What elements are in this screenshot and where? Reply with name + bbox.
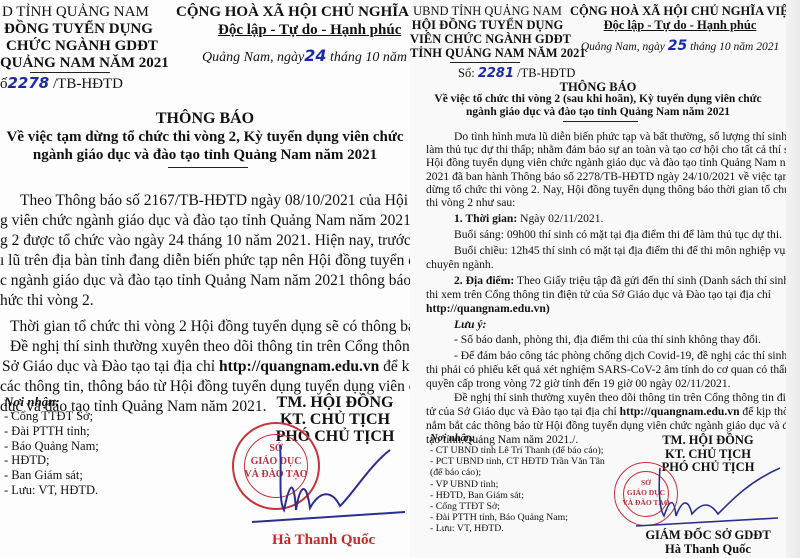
closing-line: nắm bắt các thông báo từ Hội đồng tuyển …: [426, 419, 799, 432]
recipient-item: - CT UBND tỉnh Lê Trí Thanh (để báo cáo)…: [430, 445, 605, 456]
recipient-item: - Cổng TTĐT Sở;: [430, 501, 605, 512]
place-value: Theo Giấy triệu tập đã gửi đến thí sinh …: [514, 274, 800, 287]
date-suffix: tháng 10 năm 2: [330, 50, 410, 65]
signer-name: Hà Thanh Quốc: [638, 542, 778, 557]
org-underline: [450, 62, 520, 63]
text: tử của Sở Giáo dục và Đào tạo tại địa ch…: [426, 405, 620, 418]
afternoon-schedule: Buổi chiều: 12h45 thí sinh có mặt tại đị…: [454, 244, 785, 257]
org-line-1: UBND TỈNH QUẢNG NAM: [410, 4, 565, 19]
org-line-2: HỘI ĐỒNG TUYỂN DỤNG: [410, 18, 565, 33]
place-line-2: thi xem trên Cổng thông tin điện tử của …: [426, 288, 771, 301]
recipient-item: - Lưu: VT, HĐTD.: [4, 483, 99, 498]
handwritten-number: 2281: [478, 66, 514, 81]
number-prefix: ố: [0, 76, 8, 92]
notice-2281-document: UBND TỈNH QUẢNG NAM HỘI ĐỒNG TUYỂN DỤNG …: [410, 0, 800, 558]
text: Sở Giáo dục và Đào tạo tại địa chỉ: [2, 358, 219, 375]
signer-title: GIÁM ĐỐC SỞ GDĐT: [638, 528, 778, 543]
note-item-cont: quyền cấp trong vòng 72 giờ tính đến 19 …: [426, 377, 731, 390]
org-line-3: VIÊN CHỨC NGÀNH GDĐT: [410, 32, 565, 47]
recipient-item: - Đài PTTH tỉnh;: [4, 424, 99, 439]
place-url-link[interactable]: http://quangnam.edu.vn): [426, 302, 550, 315]
body2-line: Đề nghị thí sinh thường xuyên theo dõi t…: [10, 338, 410, 356]
date-prefix: Quảng Nam, ngày: [202, 50, 304, 65]
morning-schedule: Buổi sáng: 09h00 thí sinh có mặt tại địa…: [454, 228, 782, 241]
intro-line: Hội đồng tuyển dụng viên chức ngành giáo…: [426, 156, 800, 169]
intro-line: thi vòng 2 như sau:: [426, 196, 800, 209]
closing-line: tử của Sở Giáo dục và Đào tạo tại địa ch…: [426, 405, 792, 418]
date-suffix: tháng 10 năm 2021: [690, 41, 779, 53]
issue-date: Quảng Nam, ngày 25 tháng 10 năm 2021: [570, 38, 790, 54]
title-underline: [563, 121, 638, 122]
time-label: 1. Thời gian:: [454, 212, 517, 225]
recipient-item: - Đài PTTH tỉnh, Báo Quảng Nam;: [430, 512, 605, 523]
nation-title: CỘNG HOÀ XÃ HỘI CHỦ NGHĨA VIỆT NAM: [570, 4, 790, 19]
notice-subtitle-2: ngành giáo dục và đào tạo tỉnh Quảng Nam…: [410, 106, 786, 118]
recipient-item: (để báo cáo);: [430, 467, 605, 478]
recipient-item: - Cổng TTĐT Sở;: [4, 409, 99, 424]
intro-paragraph: Do tình hình mưa lũ diễn biến phức tạp v…: [426, 130, 800, 209]
note-item-cont: thi phải có phiếu kết quả xét nghiệm SAR…: [426, 363, 793, 376]
intro-line: làm thủ tục dự thi thấp; nhằm đảm bảo sự…: [426, 143, 800, 156]
recipient-item: - Lưu: VT, HĐTD.: [430, 523, 605, 534]
note-item: - Số báo danh, phòng thi, địa điểm thi c…: [454, 333, 761, 346]
recipient-item: - Báo Quảng Nam;: [4, 439, 99, 454]
body2-line: Sở Giáo dục và Đào tạo tại địa chỉ http:…: [2, 358, 410, 376]
org-line-1: D TỈNH QUẢNG NAM: [2, 4, 149, 21]
recipient-item: - VP UBND tỉnh;: [430, 479, 605, 490]
handwritten-number: 2278: [8, 74, 50, 92]
text: để kịp thời: [740, 405, 793, 418]
text: để kịp th: [379, 358, 410, 375]
intro-line: Do tình hình mưa lũ diễn biến phức tạp v…: [426, 130, 800, 143]
note-item: - Để đảm bảo công tác phòng chống dịch C…: [454, 349, 800, 362]
notice-subtitle-1: Về việc tổ chức thi vòng 2 (sau khi hoãn…: [410, 93, 786, 105]
document-number: Số: 2281 /TB-HĐTD: [458, 66, 575, 81]
handwritten-day: 24: [304, 46, 326, 65]
body-line: ı lũ trên địa bàn tỉnh đang diễn biến ph…: [0, 252, 410, 270]
signer-name: Hà Thanh Quốc: [272, 532, 375, 549]
website-link[interactable]: http://quangnam.edu.vn: [219, 358, 379, 375]
recipients-label: Nơi nhận:: [4, 394, 60, 410]
recipient-item: - PCT UBND tỉnh, CT HĐTD Trần Văn Tân: [430, 456, 605, 467]
note-label: Lưu ý:: [454, 318, 486, 331]
sign-line: TM. HỘI ĐỒNG: [638, 434, 778, 448]
intro-line: 2021 đã ban hành Thông báo số 2278/TB-HĐ…: [426, 170, 800, 183]
body2-line: Thời gian tổ chức thi vòng 2 Hội đồng tu…: [10, 318, 410, 336]
body-line: Theo Thông báo số 2167/TB-HĐTD ngày 08/1…: [20, 192, 410, 210]
handwritten-day: 25: [668, 38, 687, 54]
time-section: 1. Thời gian: Ngày 02/11/2021.: [454, 212, 603, 225]
motto: Độc lập - Tự do - Hạnh phúc: [218, 22, 401, 39]
sign-line: KT. CHỦ TỊCH: [638, 448, 778, 462]
org-line-4: TỈNH QUẢNG NAM NĂM 2021: [410, 46, 565, 61]
body-line: g viên chức ngành giáo dục và đào tạo tỉ…: [0, 212, 410, 230]
recipients-list: - Cổng TTĐT Sở; - Đài PTTH tỉnh; - Báo Q…: [4, 409, 99, 498]
notice-subtitle-1: Về việc tạm dừng tổ chức thi vòng 2, Kỳ …: [0, 129, 410, 146]
body-line: g 2 được tổ chức vào ngày 24 tháng 10 nă…: [0, 232, 410, 250]
body-line: hức thi vòng 2.: [0, 292, 94, 310]
number-prefix: Số:: [458, 66, 475, 80]
notice-2278-document: D TỈNH QUẢNG NAM ĐỒNG TUYỂN DỤNG CHỨC NG…: [0, 0, 410, 558]
number-suffix: /TB-HĐTD: [517, 66, 575, 80]
signature-icon: [240, 440, 410, 530]
org-line-4: QUẢNG NAM NĂM 2021: [0, 55, 169, 72]
recipients-list: - CT UBND tỉnh Lê Trí Thanh (để báo cáo)…: [430, 445, 605, 535]
nation-title: CỘNG HOÀ XÃ HỘI CHỦ NGHĨA VI: [176, 4, 410, 21]
notice-title: THÔNG BÁO: [0, 110, 410, 128]
recipient-item: - HĐTD, Ban Giám sát;: [430, 490, 605, 501]
org-line-2: ĐỒNG TUYỂN DỤNG: [4, 21, 153, 38]
recipient-item: - Ban Giám sát;: [4, 468, 99, 483]
place-label: 2. Địa điểm:: [454, 274, 514, 287]
date-prefix: Quảng Nam, ngày: [581, 41, 665, 53]
recipient-item: - HĐTD;: [4, 453, 99, 468]
closing-line: Đề nghị thí sinh thường xuyên theo dõi t…: [454, 391, 797, 404]
sign-line: TM. HỘI ĐỒNG: [250, 394, 410, 411]
time-value: Ngày 02/11/2021.: [517, 212, 603, 225]
place-section: 2. Địa điểm: Theo Giấy triệu tập đã gửi …: [454, 274, 800, 287]
motto: Độc lập - Tự do - Hạnh phúc: [570, 18, 790, 33]
notice-subtitle-2: ngành giáo dục và đào tạo tỉnh Quảng Nam…: [0, 147, 410, 164]
number-suffix: /TB-HĐTD: [53, 76, 123, 92]
afternoon-schedule-cont: chuyên ngành.: [426, 258, 494, 271]
intro-line: dừng tổ chức thi vòng 2. Nay, Hội đồng t…: [426, 183, 800, 196]
org-underline: [30, 72, 110, 73]
recipients-label: Nơi nhận:: [430, 433, 475, 444]
signature-icon: [630, 462, 790, 532]
body-line: c ngành giáo dục và đào tạo tỉnh Quảng N…: [0, 272, 410, 290]
document-number: ố2278 /TB-HĐTD: [0, 74, 123, 93]
org-line-3: CHỨC NGÀNH GDĐT: [6, 38, 158, 55]
issue-date: Quảng Nam, ngày24 tháng 10 năm 2: [202, 46, 410, 66]
title-underline: [168, 167, 248, 168]
website-link[interactable]: http://quangnam.edu.vn: [620, 405, 740, 418]
